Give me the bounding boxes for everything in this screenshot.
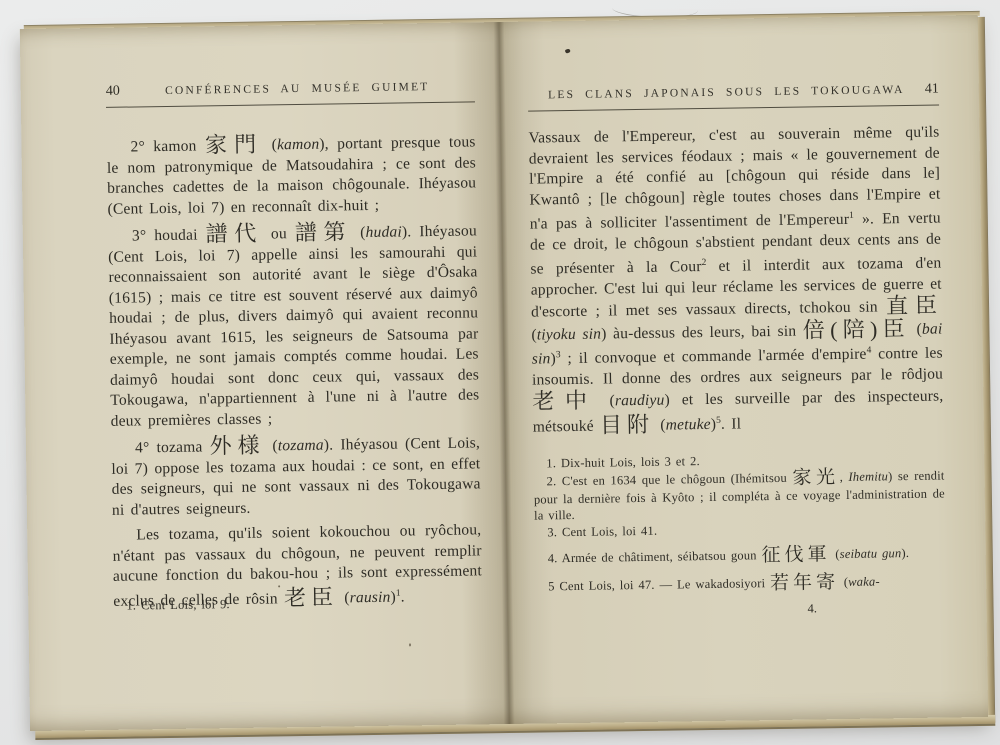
paper-speck [409, 643, 411, 646]
kanji-inline: 老中 [532, 388, 598, 414]
right-page: LES CLANS JAPONAIS SOUS LES TOKOUGAWA 41… [499, 15, 988, 724]
left-running-title: CONFÉRENCES AU MUSÉE GUIMET [120, 80, 475, 97]
right-page-number: 41 [925, 82, 939, 98]
left-body-text: 2° kamon 家門 (kamon), portant presque tou… [106, 130, 482, 611]
right-running-title: LES CLANS JAPONAIS SOUS LES TOKOUGAWA [528, 84, 925, 102]
paper-speck [278, 585, 280, 587]
kanji-inline: 目附 [600, 411, 654, 437]
kanji-inline: 譜代 [205, 221, 263, 247]
right-text-column: LES CLANS JAPONAIS SOUS LES TOKOUGAWA 41… [528, 82, 944, 443]
footnote: 5 Cent Lois, loi 47. — Le wakadosiyori 若… [535, 571, 946, 596]
kanji-inline: 家光 [792, 467, 840, 489]
open-book: 40 CONFÉRENCES AU MUSÉE GUIMET 2° kamon … [20, 15, 988, 731]
right-footnotes: 1. Dix-huit Lois, lois 3 et 2. 2. C'est … [533, 449, 946, 596]
paragraph-tozama: 4° tozama 外様 (tozama). Ihéyasou (Cent Lo… [111, 431, 481, 520]
kanji-inline: 外様 [209, 433, 265, 459]
left-header-rule [106, 101, 475, 107]
kanji-inline: 若年寄 [770, 572, 839, 594]
kanji-inline: 直臣 [886, 292, 942, 318]
left-page-number: 40 [106, 84, 120, 100]
right-header-rule [528, 105, 939, 112]
kanji-inline: 征伐軍 [761, 544, 830, 566]
left-text-column: 40 CONFÉRENCES AU MUSÉE GUIMET 2° kamon … [106, 78, 483, 616]
footnote: 4. Armée de châtiment, séibatsou goun 征伐… [535, 543, 946, 568]
signature-mark: 4. [807, 601, 817, 616]
left-page: 40 CONFÉRENCES AU MUSÉE GUIMET 2° kamon … [20, 22, 509, 731]
right-body-text: Vassaux de l'Empereur, c'est au souverai… [528, 123, 944, 438]
kanji-inline: 倍(陪)臣 [803, 315, 911, 342]
paragraph-houdai: 3° houdai 譜代 ou 譜第 (hudai). Ihéyasou (Ce… [108, 219, 480, 431]
kanji-inline: 譜第 [295, 219, 353, 245]
ink-fleck [565, 48, 571, 54]
paragraph-kamon: 2° kamon 家門 (kamon), portant presque tou… [106, 130, 476, 219]
footnote: 2. C'est en 1634 que le chôgoun (Ihémits… [533, 466, 945, 524]
right-running-head: LES CLANS JAPONAIS SOUS LES TOKOUGAWA 41 [528, 82, 939, 104]
paragraph-vassaux: Vassaux de l'Empereur, c'est au souverai… [528, 123, 944, 438]
kanji-inline: 家門 [205, 132, 264, 158]
left-running-head: 40 CONFÉRENCES AU MUSÉE GUIMET [106, 78, 475, 99]
